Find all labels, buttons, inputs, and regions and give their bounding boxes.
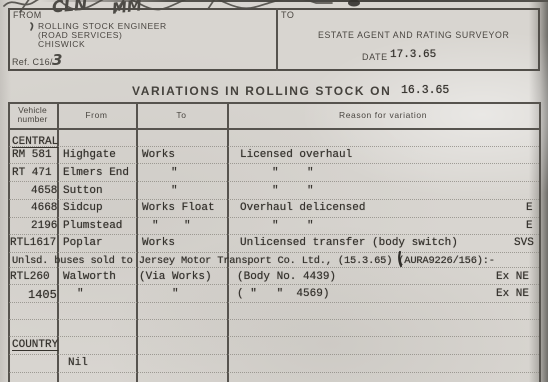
cell-reason: ( " " 4569) bbox=[237, 288, 329, 300]
cell-vehicle: 1405 bbox=[28, 288, 57, 302]
cell-vehicle: RTL260 bbox=[10, 271, 50, 283]
cell-reason: (Body No. 4439) bbox=[237, 271, 336, 283]
ditto-mark: " bbox=[172, 288, 179, 300]
scanned-memo-page: FROM CLN MM ROLLING STOCK ENGINEER (ROAD… bbox=[0, 0, 548, 382]
country-nil: Nil bbox=[68, 357, 88, 369]
pen-stroke bbox=[0, 0, 548, 382]
cell-to: (Via Works) bbox=[139, 271, 212, 283]
cell-from: Walworth bbox=[63, 271, 116, 283]
flag-code: Ex NE bbox=[496, 271, 529, 283]
flag-code: Ex NE bbox=[496, 288, 529, 300]
ditto-mark: " bbox=[77, 288, 84, 300]
section-country: COUNTRY bbox=[12, 339, 58, 351]
